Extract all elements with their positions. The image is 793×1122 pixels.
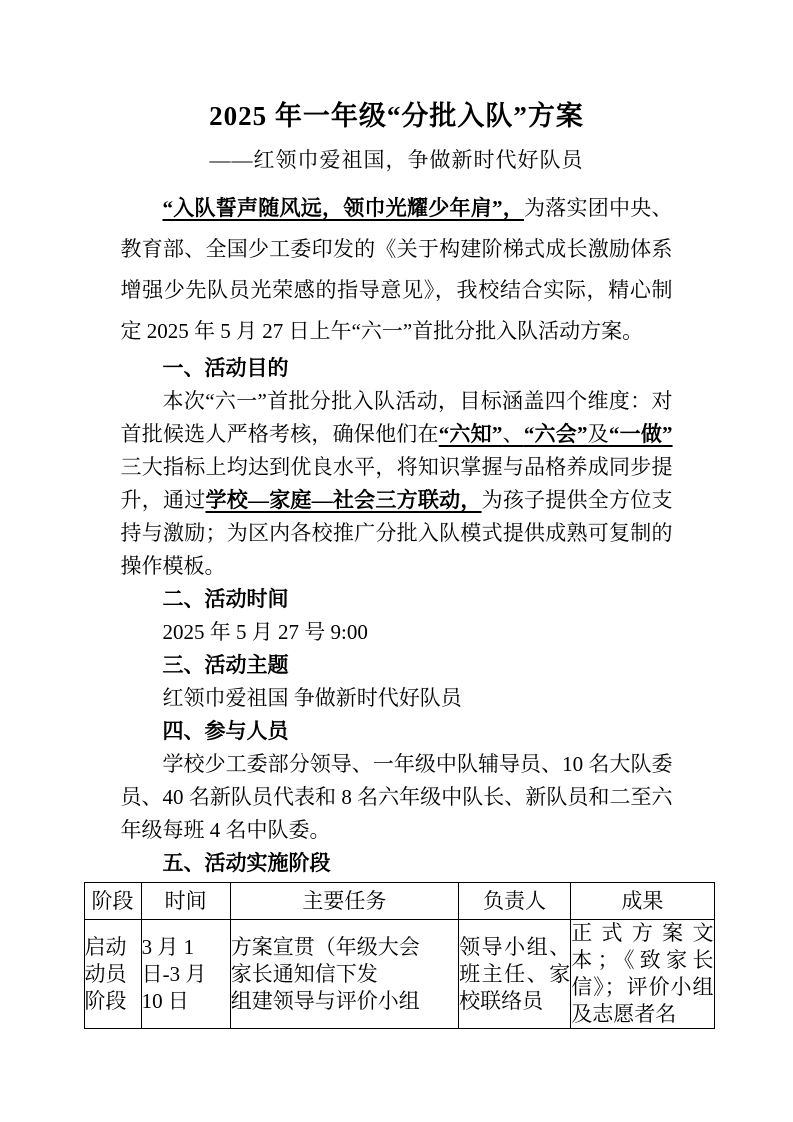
section-body-theme: 红领巾爱祖国 争做新时代好队员 xyxy=(121,682,673,715)
cell-time: 3 月 1 日-3 月 10 日 xyxy=(141,920,230,1029)
intro-paragraph: “入队誓声随风远，领巾光耀少年肩”，为落实团中央、教育部、全国少工委印发的《关于… xyxy=(121,188,673,352)
section-body-time: 2025 年 5 月 27 号 9:00 xyxy=(121,616,673,649)
implementation-stages-table: 阶段 时间 主要任务 负责人 成果 启动动员阶段 3 月 1 日-3 月 10 … xyxy=(84,882,715,1029)
section-body-participants: 学校少工委部分领导、一年级中队辅导员、10 名大队委员、40 名新队员代表和 8… xyxy=(121,748,673,847)
header-cell-tasks: 主要任务 xyxy=(230,883,458,920)
document-title: 2025 年一年级“分批入队”方案 xyxy=(0,0,793,136)
header-cell-time: 时间 xyxy=(141,883,230,920)
section-body-purpose: 本次“六一”首批分批入队活动，目标涵盖四个维度：对首批候选人严格考核，确保他们在… xyxy=(121,385,673,583)
cell-owner: 领导小组、班主任、家校联络员 xyxy=(459,920,571,1029)
table-row: 启动动员阶段 3 月 1 日-3 月 10 日 方案宣贯（年级大会 家长通知信下… xyxy=(84,920,714,1029)
document-subtitle: ——红领巾爱祖国，争做新时代好队员 xyxy=(0,145,793,175)
header-cell-outcome: 成果 xyxy=(571,883,714,920)
document-body: “入队誓声随风远，领巾光耀少年肩”，为落实团中央、教育部、全国少工委印发的《关于… xyxy=(121,188,673,1029)
cell-tasks: 方案宣贯（年级大会 家长通知信下发 组建领导与评价小组 xyxy=(230,920,458,1029)
header-cell-stage: 阶段 xyxy=(84,883,141,920)
section-heading-time: 二、活动时间 xyxy=(121,583,673,616)
cell-outcome: 正式方案文本；《致家长信》；评价小组及志愿者名 xyxy=(571,920,714,1029)
sections-container: 一、活动目的 本次“六一”首批分批入队活动，目标涵盖四个维度：对首批候选人严格考… xyxy=(121,352,673,1029)
table-header-row: 阶段 时间 主要任务 负责人 成果 xyxy=(84,883,714,920)
document-page: 2025 年一年级“分批入队”方案 ——红领巾爱祖国，争做新时代好队员 “入队誓… xyxy=(0,0,793,1122)
task-line: 方案宣贯（年级大会 xyxy=(231,934,458,961)
section-heading-participants: 四、参与人员 xyxy=(121,715,673,748)
section-heading-theme: 三、活动主题 xyxy=(121,649,673,682)
task-line: 家长通知信下发 xyxy=(231,961,458,988)
section-heading-purpose: 一、活动目的 xyxy=(121,352,673,385)
task-line: 组建领导与评价小组 xyxy=(231,988,458,1015)
cell-stage: 启动动员阶段 xyxy=(84,920,141,1029)
header-cell-owner: 负责人 xyxy=(459,883,571,920)
section-heading-stages: 五、活动实施阶段 xyxy=(121,847,673,880)
